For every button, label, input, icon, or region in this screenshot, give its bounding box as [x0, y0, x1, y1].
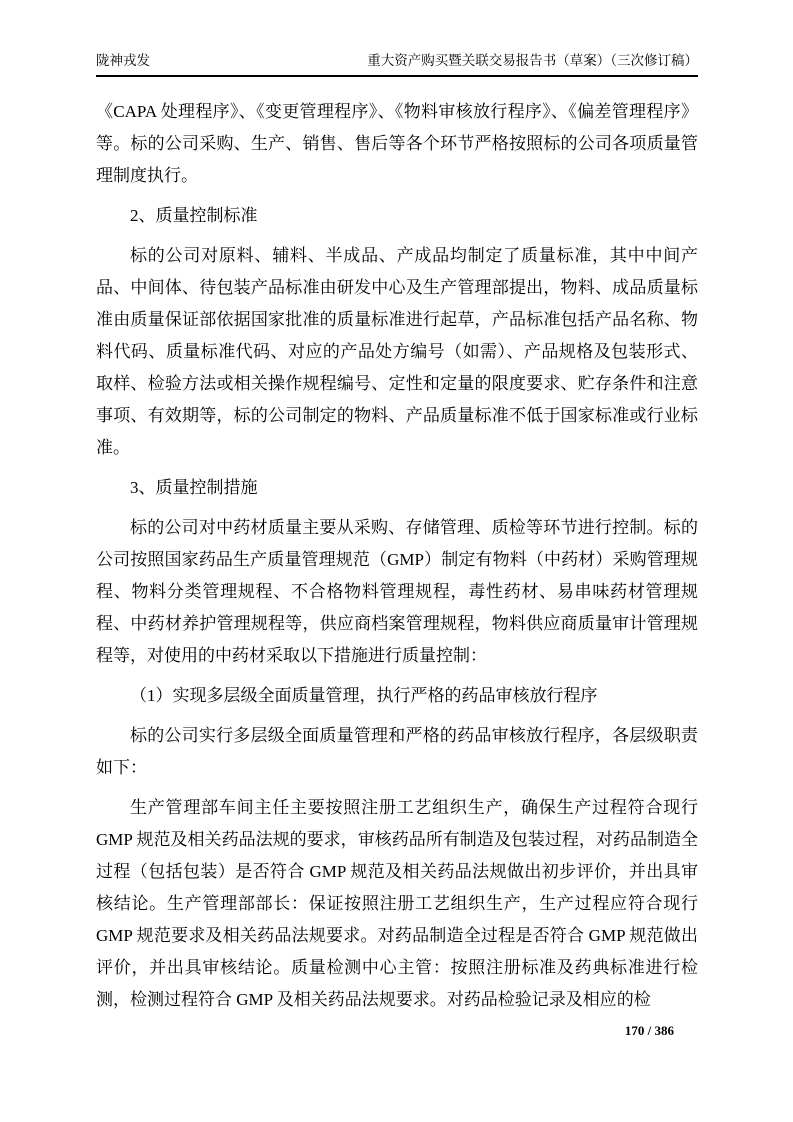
document-page: 陇神戎发 重大资产购买暨关联交易报告书（草案）（三次修订稿） 《CAPA 处理程… — [0, 0, 793, 1122]
paragraph: 标的公司对原料、辅料、半成品、产成品均制定了质量标准，其中中间产品、中间体、待包… — [96, 240, 698, 464]
page-header: 陇神戎发 重大资产购买暨关联交易报告书（草案）（三次修订稿） — [96, 52, 698, 77]
page-number-text: 170 / 386 — [625, 1023, 674, 1038]
paragraph: 《CAPA 处理程序》、《变更管理程序》、《物料审核放行程序》、《偏差管理程序》… — [96, 96, 698, 192]
page-number: 170 / 386 — [625, 1022, 674, 1040]
section-heading: （1）实现多层级全面质量管理，执行严格的药品审核放行程序 — [96, 680, 698, 712]
section-heading: 2、质量控制标准 — [96, 200, 698, 232]
header-company-name: 陇神戎发 — [96, 52, 150, 70]
document-body: 《CAPA 处理程序》、《变更管理程序》、《物料审核放行程序》、《偏差管理程序》… — [96, 96, 698, 1024]
paragraph: 标的公司实行多层级全面质量管理和严格的药品审核放行程序，各层级职责如下： — [96, 720, 698, 784]
paragraph: 生产管理部车间主任主要按照注册工艺组织生产，确保生产过程符合现行 GMP 规范及… — [96, 792, 698, 1016]
header-report-title: 重大资产购买暨关联交易报告书（草案）（三次修订稿） — [367, 52, 698, 70]
section-heading: 3、质量控制措施 — [96, 472, 698, 504]
paragraph: 标的公司对中药材质量主要从采购、存储管理、质检等环节进行控制。标的公司按照国家药… — [96, 512, 698, 672]
